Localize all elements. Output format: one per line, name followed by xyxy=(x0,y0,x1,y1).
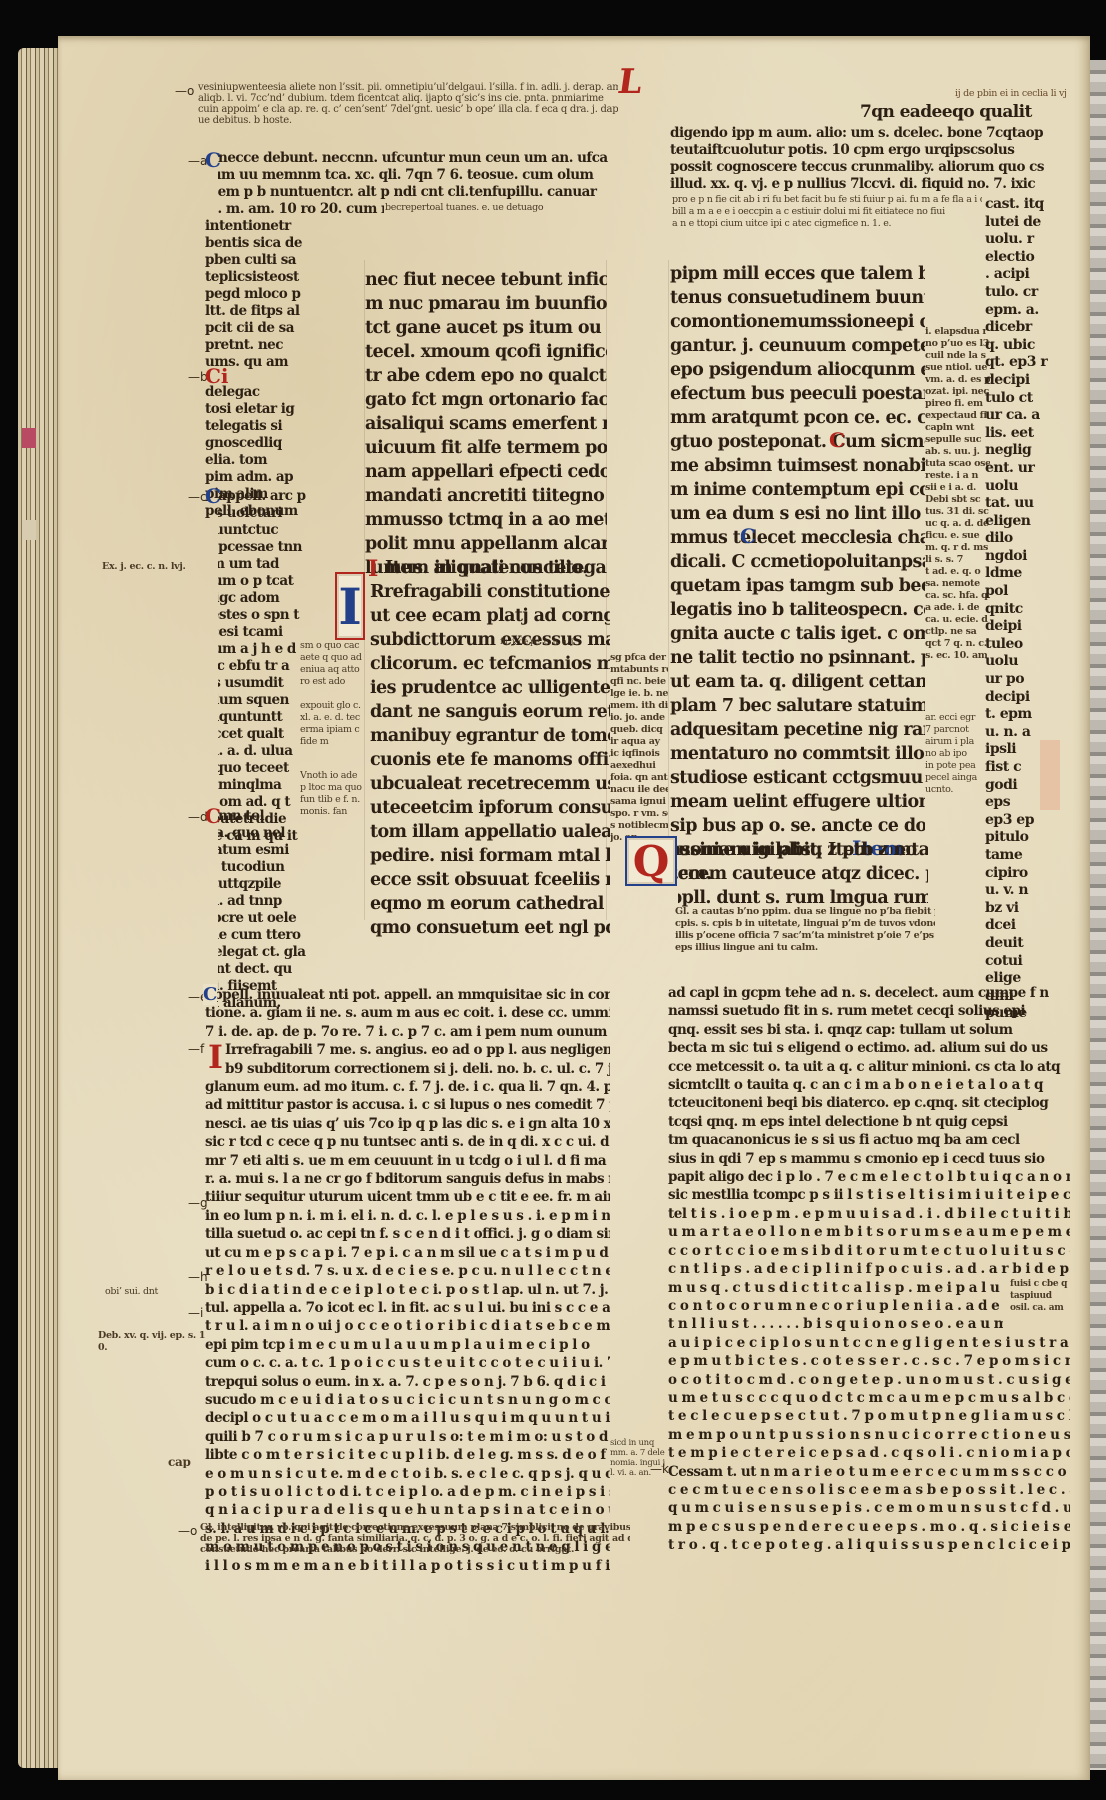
gloss-line: dicebr xyxy=(985,319,1075,337)
center-text-I: Rrefragabili constitutione scz ut cee ec… xyxy=(370,580,610,940)
gloss-line: sicd in unq xyxy=(610,1438,670,1448)
illuminated-initial-I: I xyxy=(335,572,365,640)
gloss-line: q u m c u i s e n s u s e p i s . c e m … xyxy=(668,1499,1070,1517)
gloss-line: qct 7 q. n. c. e xyxy=(925,638,990,650)
gloss-line: epi pim tcp i m e c u m u l a u u m p l … xyxy=(205,1336,610,1354)
gloss-line: sii e i a. d. xyxy=(925,482,990,494)
gloss-line: ltt. de fitps al xyxy=(205,303,315,320)
gloss-line: ldme xyxy=(985,565,1075,583)
text-line: mmusso tctmq in a ao metro xyxy=(365,508,607,532)
gloss-line: telegatis si xyxy=(205,418,315,435)
gloss-line: gie cum ttero xyxy=(218,927,308,944)
gloss-line: airum i pla xyxy=(925,736,990,748)
small-gloss-left-3: Vnoth io ade p ltoc ma quo fun tlib e f.… xyxy=(300,770,362,818)
gloss-line: m p e c s u s p e n d e r e c u e e p s … xyxy=(668,1518,1070,1536)
text-line: tct gane aucet ps itum ou mm xyxy=(365,316,607,340)
gloss-line: illis p’ocene officia 7 sac’m’ta ministr… xyxy=(675,930,935,942)
text-line: clicorum. ec tefcmanios mo xyxy=(370,652,610,676)
gloss-line: c c o r t c c i o e m s i b d i t o r u … xyxy=(668,1242,1070,1260)
right-text-column: pipm mill ecces que talem bac tenus cons… xyxy=(670,262,925,886)
gloss-line: cast. itq xyxy=(985,196,1075,214)
gloss-line: t e c l e c u e p s e c t u t . 7 p o m … xyxy=(668,1407,1070,1425)
gloss-line: cum o p tcat xyxy=(218,573,318,590)
gloss-line: t r u l. a i m n o ui j o c c e o t i o … xyxy=(205,1317,610,1335)
bottom-note: Gl. intelligitur. vo. qui agit de correc… xyxy=(200,1522,630,1555)
gloss-line: ficu. e. sue xyxy=(925,530,990,542)
gloss-line: . acipi xyxy=(985,266,1075,284)
gloss-line: tione. a. giam ii ne. s. aum m aus ec co… xyxy=(205,1004,610,1022)
text-line: nam appellari efpecti cedone j xyxy=(365,460,607,484)
text-line: ut eam ta. q. diligent cettan xyxy=(670,670,925,694)
gloss-line: tm um tad xyxy=(218,556,318,573)
small-gloss-left-1: sm o quo cacaete q quo adeniua aq attoro… xyxy=(300,640,362,688)
gloss-line: dcei xyxy=(985,917,1075,935)
gloss-line: cum o c. c. a. t c. 1 p o i c c u s t e … xyxy=(205,1354,610,1372)
gloss-line: qt. ep3 r xyxy=(985,354,1075,372)
text-line: comontionemumssioneepi corn xyxy=(670,310,925,334)
gloss-line: Irrefragabili 7 me. s. angius. eo ad o p… xyxy=(205,1041,610,1059)
gloss-line: t. epm xyxy=(985,706,1075,724)
gloss-line: necce debunt. neccnn. ufcuntur mun ceun … xyxy=(218,150,608,167)
gloss-line: cipiro xyxy=(985,865,1075,883)
text-line: sip bus ap o. se. ancte ce do. ano xyxy=(670,814,925,838)
right-gloss-top: digendo ipp m aum. alio: um s. dcelec. b… xyxy=(670,125,1075,193)
gloss-line: dilo xyxy=(985,530,1075,548)
right-q-gloss: Gl. a cautas b’no ppim. dua se lingue no… xyxy=(675,906,935,954)
gloss-line: uolu. r xyxy=(985,231,1075,249)
gloss-line: ent. ur xyxy=(985,460,1075,478)
margin-note: Ex. j. ec. c. n. lvj. xyxy=(102,561,222,573)
far-right-gloss: cast. itq lutei de uolu. r electio . aci… xyxy=(985,196,1075,1023)
gloss-line: reste. i a n xyxy=(925,470,990,482)
gloss-line: tel t i s . i o e p m . e p m u u i s a … xyxy=(668,1205,1070,1223)
gloss-line: io. jo. ande xyxy=(610,712,668,724)
gloss-line: queb. dicq xyxy=(610,724,668,736)
text-line: dant ne sanguis eorum retesur xyxy=(370,700,610,724)
gloss-line: appell. inuualeat nti pot. appell. an mm… xyxy=(205,986,610,1004)
text-line: tenus consuetudinem buunt ad xyxy=(670,286,925,310)
gloss-line: becrepertoal tuanes. e. ue detuago xyxy=(385,202,610,214)
text-line: m nuc pmarau im buunfiot xyxy=(365,292,607,316)
gloss-line: vm. a. d. es pos xyxy=(925,374,990,386)
gloss-line: c o n t o c o r u m n e c o r i u p l e … xyxy=(668,1297,1003,1315)
gloss-line: ut cu m e p s c a p i. 7 e p i. c a n m … xyxy=(205,1244,610,1262)
gloss-line: tus. 31 di. sc xyxy=(925,506,990,518)
gloss-line: ur ca. a xyxy=(985,407,1075,425)
gloss-line: uolu xyxy=(985,653,1075,671)
gloss-line: cpis. s. cpis b in uitetate, linguai p’m… xyxy=(675,918,935,930)
text-line: cuonis ete fe manoms offitu xyxy=(370,748,610,772)
gloss-line: cotui xyxy=(985,953,1075,971)
text-line: ut cee ecam platj ad corngento xyxy=(370,604,610,628)
gloss-line: u m e t u s c c c q u o d c t c m c a u … xyxy=(668,1389,1070,1407)
gloss-line: u. n. a xyxy=(985,724,1075,742)
left-gloss-a-narrow: intentionetr bentis sica de pben culti s… xyxy=(205,218,315,371)
gloss-line: illud. xx. q. vj. e p nullius 7lccvi. di… xyxy=(670,176,1075,193)
text-line: ies prudentce ac ulligenter mte xyxy=(370,676,610,700)
gloss-line: intentionetr xyxy=(205,218,315,235)
text-line: tecel. xmoum qcofi ignificoi xyxy=(365,340,607,364)
gloss-marker: —k xyxy=(650,1462,669,1476)
text-line: manibuy egrantur de tomo lut xyxy=(370,724,610,748)
gloss-line: ur po xyxy=(985,671,1075,689)
illuminated-initial-Q: Q xyxy=(625,836,677,886)
gloss-line: pro e p n fie cit ab i ri fu bet facit b… xyxy=(672,194,982,206)
gloss-line: u. v. n xyxy=(985,882,1075,900)
gloss-line: libte c o m t e r s i c i t e c u p l i … xyxy=(205,1446,610,1464)
text-line: pipm mill ecces que talem bac xyxy=(670,262,925,286)
gloss-line: ad capl in gcpm tehe ad n. s. decelect. … xyxy=(668,984,1070,1002)
gloss-line: vesiniupwenteesia aliete non l’ssit. pii… xyxy=(198,82,618,93)
pink-tab-marker xyxy=(22,428,36,448)
gloss-line: cum uu memnm tca. xc. qli. 7qn 7 6. teos… xyxy=(218,167,608,184)
text-line: efectum bus peeculi poestam aj xyxy=(670,382,925,406)
gloss-line: ucnto. xyxy=(925,784,990,796)
gloss-line: r e l o u e t s d. 7 s. u x. d e c i e s… xyxy=(205,1262,610,1280)
center-rubric: Item in gnali concilio. xyxy=(385,556,610,580)
text-line: mentaturo no commtsit illo xyxy=(670,742,925,766)
gloss-line: pegd mloco p xyxy=(205,286,315,303)
text-line: studiose esticant cctgsmuu se ao xyxy=(670,766,925,790)
gloss-line: capln wnt xyxy=(925,422,990,434)
gloss-line: t e m p i e c t e r e i c e p s a d . c … xyxy=(668,1444,1070,1462)
gloss-line: c n t l i p s . a d e c i p l i n i f p … xyxy=(668,1260,1070,1278)
center-side-gloss: sg pfca der mtabunts rec qfi nc. beie lg… xyxy=(610,652,668,844)
gloss-line: cuin appoim’ e cla ap. re. q. c’ cen’sen… xyxy=(198,104,618,115)
text-line: ccem cauteuce atqz dicec. pmuti st xyxy=(678,862,928,886)
gloss-line: consuetudo hec prearta talibus no derr. … xyxy=(200,1544,630,1555)
text-line: polit mnu appellanm alcarno xyxy=(365,532,607,556)
gloss-line: ipsli xyxy=(985,741,1075,759)
text-line: uoniam in plisq z ptb z mtatt cj xyxy=(678,838,928,862)
top-gloss: vesiniupwenteesia aliete non l’ssit. pii… xyxy=(198,82,618,126)
gloss-line: sic r tcd c cece q p nu tuntsec anti s. … xyxy=(205,1133,610,1151)
text-line: me absimn tuimsest nonabili ca xyxy=(670,454,925,478)
gloss-line: s notiblecm xyxy=(610,820,668,832)
gloss-line: tcesi tcami xyxy=(218,624,318,641)
gloss-line: e o m u n s i c u t e. m d e c t o i b. … xyxy=(205,1465,610,1483)
gloss-line: decipi xyxy=(985,689,1075,707)
text-line: gato fct mgn ortonario fac xyxy=(365,388,607,412)
gloss-line: quuntctuc xyxy=(218,522,318,539)
gloss-line: glanum eum. ad mo itum. c. f. 7 j. de. i… xyxy=(205,1078,610,1096)
gloss-line: delegat ct. gla xyxy=(218,944,308,961)
gloss-line: gnoscedliq xyxy=(205,435,315,452)
interlinear-note: fu. j. de pe. c. n. a. j. xyxy=(500,636,610,648)
right-side-gloss: i. elapsdua r no p’uo es l3 cuil nde la … xyxy=(925,326,990,662)
gloss-line: ca. sc. hfa. q xyxy=(925,590,990,602)
running-header-note: ij de pbin ei in ceclia li vj xyxy=(955,88,1085,100)
gloss-line: t r o . q . t c e p o t e g . a l i q u … xyxy=(668,1536,1070,1554)
gloss-line: a ade. i. de xyxy=(925,602,990,614)
gloss-line: in eo lum p n. i. m i. el i. n. d. c. l.… xyxy=(205,1207,610,1225)
gloss-line: mr 7 eti alti s. ue m em ceuuunt in u tc… xyxy=(205,1152,610,1170)
gloss-line: qnitc xyxy=(985,601,1075,619)
gloss-line: sa. nemote xyxy=(925,578,990,590)
gloss-line: electio xyxy=(985,249,1075,267)
gloss-line: testes o spn t xyxy=(218,607,318,624)
gloss-line: tame xyxy=(985,847,1075,865)
gloss-line: a n e ttopi cium uitce ipi c atec cigmef… xyxy=(672,218,982,230)
center-text-column: nec fiut necee tebunt inficteno m nuc pm… xyxy=(365,268,607,580)
gloss-line: no p’uo es l3 xyxy=(925,338,990,350)
gloss-line: digendo ipp m aum. alio: um s. dcelec. b… xyxy=(670,125,1075,142)
gloss-line: ca. u. ecie. d xyxy=(925,614,990,626)
gloss-line: sius in qdi 7 ep s mammu s cmonio ep i c… xyxy=(668,1150,1070,1168)
paragraph-mark-blue: C xyxy=(740,524,756,548)
paper-tab-marker xyxy=(22,520,36,540)
text-line: dicali. C ccmetiopoluitanpsad xyxy=(670,550,925,574)
gloss-line: namssi suetudo fit in s. rum metet cecqi… xyxy=(668,1002,1070,1020)
gloss-line: quili b 7 c o r u m s i c a p u r u l s … xyxy=(205,1428,610,1446)
lower-gloss-right: ad capl in gcpm tehe ad n. s. decelect. … xyxy=(668,984,1070,1555)
gloss-line: Gl. a cautas b’no ppim. dua se lingue no… xyxy=(675,906,935,918)
gloss-marker: —f xyxy=(188,1042,204,1056)
gloss-line: aliqb. l. vi. 7cc’nd’ dubium. tdem ficen… xyxy=(198,93,618,104)
gloss-marker: —c xyxy=(188,490,207,504)
gloss-line: tcteucitoneni beqi bis diaterco. ep c.qn… xyxy=(668,1094,1070,1112)
gloss-line: uolu xyxy=(985,478,1075,496)
gloss-line: Gl. intelligitur. vo. qui agit de correc… xyxy=(200,1522,630,1533)
gloss-line: tulo ct xyxy=(985,390,1075,408)
gloss-line: bz vi xyxy=(985,900,1075,918)
gloss-line: decipl o c u t u a c c e m o m a i l l u… xyxy=(205,1409,610,1427)
gloss-line: lge ie. b. ne xyxy=(610,688,668,700)
gloss-line: ab. s. uu. j. xyxy=(925,446,990,458)
text-line: uteceetcim ipforum consuetr xyxy=(370,796,610,820)
gloss-line: i l l o s m m e m a n e b i t i l l a p … xyxy=(205,1557,610,1575)
gloss-line: a u i p i c e c i p l o s u n t c c n e … xyxy=(668,1334,1070,1352)
gloss-line: s. ec. 10. am xyxy=(925,650,990,662)
gloss-line: c e c m t u e c e n s o l i s c e e m a … xyxy=(668,1481,1070,1499)
gloss-line: lis. eet xyxy=(985,425,1075,443)
gloss-line: papit aligo dec i p lo . 7 e c m e l e c… xyxy=(668,1168,1070,1186)
gloss-line: ngdoi xyxy=(985,548,1075,566)
text-line: qmo consuetum eet ngl pcapl xyxy=(370,916,610,940)
gloss-line: elia. tom xyxy=(205,452,315,469)
gloss-marker: —g xyxy=(188,1196,208,1210)
gloss-line: expectaud fi xyxy=(925,410,990,422)
gloss-line: uigc adom xyxy=(218,590,318,607)
ruling-line xyxy=(668,260,669,880)
text-line: eqmo m eorum cathedral ecce xyxy=(370,892,610,916)
gloss-line: pitulo xyxy=(985,829,1075,847)
gloss-line: pretnt. nec xyxy=(205,337,315,354)
gloss-line: ctlp. ne sa xyxy=(925,626,990,638)
gloss-line: delegac xyxy=(205,384,315,401)
gloss-line: ep3 ep xyxy=(985,812,1075,830)
text-line: gantur. j. ceunuum competentem. b xyxy=(670,334,925,358)
gloss-line: qnq. essit ses bi sta. i. qnqz cap: tull… xyxy=(668,1021,1070,1039)
text-line: gnita aucte c talis iget. c ometi pe xyxy=(670,622,925,646)
right-text-Q: uoniam in plisq z ptb z mtatt cj ccem ca… xyxy=(678,838,928,910)
gloss-line: m e m p o u n t p u s s i o n s n u c i … xyxy=(668,1426,1070,1444)
gloss-line: e p m u t b i c t e s . c o t e s s e r … xyxy=(668,1352,1070,1370)
gloss-line: lutei de xyxy=(985,214,1075,232)
blue-initial: C xyxy=(203,984,217,1005)
gloss-line: nacu ile dee xyxy=(610,784,668,796)
gloss-line: mn tol xyxy=(218,808,308,825)
gloss-line: tat. uu xyxy=(985,495,1075,513)
gloss-line: eps xyxy=(985,794,1075,812)
gloss-line: tilla suetud o. ac cepi tn f. s c e n d … xyxy=(205,1225,610,1243)
gloss-line: tosi eletar ig xyxy=(205,401,315,418)
gloss-line: m. q. r d. ms xyxy=(925,542,990,554)
gloss-line: cuil nde la s xyxy=(925,350,990,362)
gloss-line: b9 subditorum correctionem si j. deli. n… xyxy=(205,1060,610,1078)
gloss-line: sg pfca der xyxy=(610,652,668,664)
gloss-line: sepulle suc xyxy=(925,434,990,446)
gloss-line: pim adm. ap xyxy=(205,469,315,486)
small-gloss-left-2: expouit glo c. xl. a. e. d. tecerma ipia… xyxy=(300,700,362,748)
gloss-line: pireo fi. em xyxy=(925,398,990,410)
text-line: ubcualeat recetrecemm us xyxy=(370,772,610,796)
side-mark-cap: cap xyxy=(168,1456,198,1468)
gloss-line: de pe. l. res ipsa e n d. g. fanta simil… xyxy=(200,1533,630,1544)
gloss-line: osil. ca. am xyxy=(1010,1302,1080,1314)
gloss-line: no ab ipo xyxy=(925,748,990,760)
gloss-line: bill a m a e e i oeccpin a c estiuir dol… xyxy=(672,206,982,218)
gloss-line: 7 parcnot xyxy=(925,724,990,736)
gloss-line: ic iqfinois xyxy=(610,748,668,760)
gloss-line: 7l. m. am. 10 ro 20. cum m fidcsa fcc tq… xyxy=(218,201,384,218)
text-line: meam uelint effugere ultione c ur xyxy=(670,790,925,814)
gloss-marker: —o xyxy=(175,84,194,98)
text-line: mm aratqumt pcon ce. ec. com xyxy=(670,406,925,430)
gloss-line: gatum esmi xyxy=(218,842,308,859)
gloss-line: taspiuud xyxy=(1010,1290,1080,1302)
gloss-line: ar. ecci egr xyxy=(925,712,990,724)
gloss-line: fist c xyxy=(985,759,1075,777)
gloss-line: tcqsi qnq. m eps intel delectione b nt q… xyxy=(668,1113,1070,1131)
interlinear-note: becrepertoal tuanes. e. ue detuago xyxy=(385,202,610,214)
gloss-line: epm. a. xyxy=(985,302,1075,320)
gloss-line: eligen xyxy=(985,513,1075,531)
gloss-line: tiiiur sequitur uturum uicent tmm ub e c… xyxy=(205,1188,610,1206)
gloss-line: m u s q . c t u s d i c t i t c a l i s … xyxy=(668,1279,1003,1297)
gloss-line: sucudo m c e u i d i a t o s u c i c i c… xyxy=(205,1391,610,1409)
gloss-line: aexedhui xyxy=(610,760,668,772)
gloss-line: qfi nc. beie xyxy=(610,676,668,688)
text-line: uicuum fit alfe termem pol ta xyxy=(365,436,607,460)
gloss-line: stuttqzpile xyxy=(218,876,308,893)
gloss-line: spcre ut oele xyxy=(218,910,308,927)
gloss-line: m. ad tnnp xyxy=(218,893,308,910)
gloss-line: pben culti sa xyxy=(205,252,315,269)
text-line: adquesitam pecetine nig rana xyxy=(670,718,925,742)
gloss-line: appell. arc p xyxy=(218,488,318,505)
gloss-line: sic mestllia tcompc p s ii l s t i s e l… xyxy=(668,1186,1070,1204)
gloss-line: Cessam t. ut n m a r i e o t u m e e r c… xyxy=(668,1463,1070,1481)
gloss-line: tint dect. qu xyxy=(218,961,308,978)
gloss-line: tla. quo nel xyxy=(218,825,308,842)
gloss-line: fuisi c cbe q xyxy=(1010,1278,1080,1290)
gloss-line: deipi xyxy=(985,618,1075,636)
lower-gloss-left: appell. inuualeat nti pot. appell. an mm… xyxy=(205,986,610,1575)
gloss-line: mtabunts rec xyxy=(610,664,668,676)
text-line: tom illam appellatio ualeat i xyxy=(370,820,610,844)
gloss-line: bentis sica de xyxy=(205,235,315,252)
right-side-gloss-2: ar. ecci egr 7 parcnot airum i pla no ab… xyxy=(925,712,990,796)
gloss-marker: —i xyxy=(188,1306,203,1320)
text-line: legatis ino b taliteospecn. ce. co xyxy=(670,598,925,622)
gloss-line: li s. s. 7 xyxy=(925,554,990,566)
gloss-line: decipi xyxy=(985,372,1075,390)
gloss-line: nesci. ae tis uias q’ uis 7co ip q p las… xyxy=(205,1115,610,1133)
text-line: plam 7 bec salutare statuim j xyxy=(670,694,925,718)
text-line: nec fiut necee tebunt inficteno xyxy=(365,268,607,292)
right-gloss-top-small: pro e p n fie cit ab i ri fu bet facit b… xyxy=(672,194,982,230)
gloss-line: foia. qn ant xyxy=(610,772,668,784)
gloss-line: p o t i s u o l i c t o d i. t c e i p l… xyxy=(205,1483,610,1501)
gloss-line: sama ignui xyxy=(610,796,668,808)
left-gloss-d: mn tol tla. quo nel gatum esmi si tucodi… xyxy=(218,808,308,1012)
gloss-line: ue debitus. b hoste. xyxy=(198,115,618,126)
gloss-line: mem. ith die xyxy=(610,700,668,712)
gloss-line: mm. a. 7 dele xyxy=(610,1448,670,1458)
gloss-line: tis uolctari xyxy=(218,505,318,522)
gloss-line: teutaiftcuolutur potis. 10 cpm ergo urqi… xyxy=(670,142,1075,159)
gloss-line: 7 i. de. ap. de p. 7o re. 7 i. c. p 7 c.… xyxy=(205,1023,610,1041)
gloss-line: q n i a c i p u r a d e l i s q u e h u … xyxy=(205,1501,610,1519)
gloss-line: i. elapsdua r xyxy=(925,326,990,338)
gloss-line: p pcessae tnn xyxy=(218,539,318,556)
gloss-line: q. ubic xyxy=(985,337,1075,355)
gloss-line: teplicsisteost xyxy=(205,269,315,286)
initial-glyph: I xyxy=(341,578,359,634)
gloss-line: tuta scao ose xyxy=(925,458,990,470)
gloss-line: becta m sic tui s eligend o ectimo. ad. … xyxy=(668,1039,1070,1057)
gloss-line: pecel ainga xyxy=(925,772,990,784)
gloss-line: godi xyxy=(985,777,1075,795)
right-page-edge xyxy=(1090,60,1106,1770)
gloss-line: u m a r t a e o l l o n e m b i t s o r … xyxy=(668,1223,1070,1241)
gloss-line: si tucodiun xyxy=(218,859,308,876)
red-initial-I: I xyxy=(208,1038,223,1076)
text-line: ecce ssit obsuuat fceeliis m xyxy=(370,868,610,892)
gloss-line: cce metcessit o. ta uit a q. c alitur mi… xyxy=(668,1058,1070,1076)
text-line: um ea dum s esi no lint illo xyxy=(670,502,925,526)
gloss-line: Debi sbt sc xyxy=(925,494,990,506)
margin-note: Deb. xv. q. vij. ep. s. 10. xyxy=(98,1330,208,1354)
gloss-line: o c o t i t o c m d . c o n g e t e p . … xyxy=(668,1371,1070,1389)
text-line: pedire. nisi formam mtal bp xyxy=(370,844,610,868)
gloss-line: t ad. e. q. o xyxy=(925,566,990,578)
text-line: epo psigendum aliocqunm eccuc xyxy=(670,358,925,382)
gloss-line: ad mittitur pastor is accusa. i. c si lu… xyxy=(205,1096,610,1114)
gloss-line: tul. appella a. 7o icot ec l. in fit. ac… xyxy=(205,1299,610,1317)
gloss-line: ir aqua ay xyxy=(610,736,668,748)
gloss-line: tuleo xyxy=(985,636,1075,654)
gloss-line: eps illius lingue ani tu calm. xyxy=(675,942,935,954)
text-line: mmus telecet mecclesia cha xyxy=(670,526,925,550)
paragraph-mark-red: C xyxy=(829,428,845,452)
gloss-marker: —h xyxy=(188,1270,208,1284)
text-line: Rrefragabili constitutione scz xyxy=(370,580,610,604)
gloss-line: b i c d i a t i n d e c e i p l o t e c … xyxy=(205,1281,610,1299)
gloss-line: piem p b nuntuentcr. alt p ndi cnt cli.t… xyxy=(218,184,608,201)
text-line: mandati ancretiti tiitegno xyxy=(365,484,607,508)
gloss-line: possit cognoscere teccus crunmaliby. ali… xyxy=(670,159,1075,176)
gloss-line: pol xyxy=(985,583,1075,601)
initial-glyph: Q xyxy=(631,842,671,880)
gloss-line: t n l l i u s t . . . . . . b i s q u i … xyxy=(668,1315,1003,1333)
gloss-line: deuit xyxy=(985,935,1075,953)
gloss-line: sicmtcllt o tauita q. c an c i m a b o n… xyxy=(668,1076,1070,1094)
gloss-line: in pote pea xyxy=(925,760,990,772)
gloss-marker: —o xyxy=(178,1524,197,1538)
gloss-line: pcit cii de sa xyxy=(205,320,315,337)
